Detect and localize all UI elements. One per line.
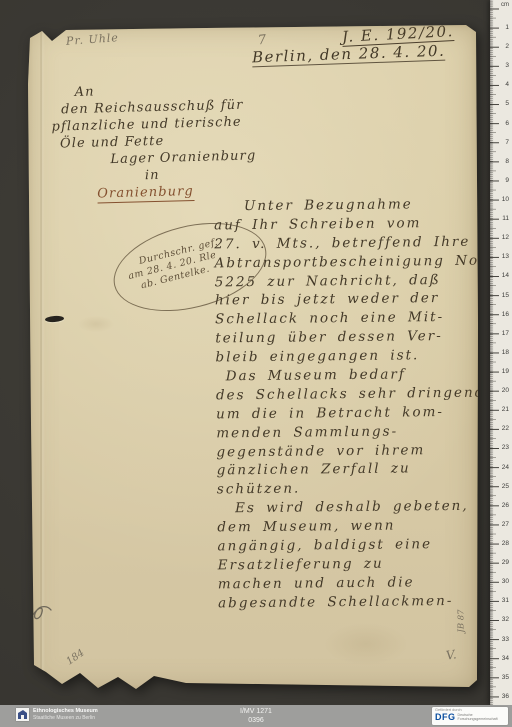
ruler-label: 5 (498, 94, 509, 113)
ruler-label: 8 (498, 152, 509, 171)
body-line: Abtransportbescheinigung No (214, 251, 486, 273)
ruler-unit-label: cm (501, 2, 509, 8)
ruler-label: 31 (498, 591, 509, 610)
pencil-scribble-icon (24, 602, 60, 632)
address-line: Lager Oranienburg (110, 147, 256, 168)
ruler-label: 19 (498, 362, 509, 381)
ruler-label: 6 (498, 114, 509, 133)
letter-body: Unter Bezugnahmeauf Ihr Schreiben vom27.… (214, 195, 490, 613)
ruler-label: 21 (498, 400, 509, 419)
address-line: in (145, 167, 160, 184)
ruler-label: 7 (498, 133, 509, 152)
ruler-label: 32 (498, 610, 509, 629)
ruler-label: 24 (498, 458, 509, 477)
ruler-label: 13 (498, 247, 509, 266)
address-line: An (74, 84, 94, 102)
dfg-name-line2: Forschungsgemeinschaft (458, 717, 498, 721)
ruler-label: 10 (498, 190, 509, 209)
ruler-label: 29 (498, 553, 509, 572)
dfg-logo: DFG Deutsche Forschungsgemeinschaft (435, 713, 505, 722)
ruler-label: 30 (498, 572, 509, 591)
dfg-abbr: DFG (435, 713, 456, 722)
ruler-label: 18 (498, 343, 509, 362)
pencil-annotation-mark: 7 (257, 33, 267, 49)
ruler-label: 22 (498, 419, 509, 438)
body-line: 27. v. Mts., betreffend Ihre (214, 232, 486, 254)
ruler-label: 20 (498, 381, 509, 400)
ruler-label: 2 (498, 37, 509, 56)
ruler-label: 35 (498, 668, 509, 687)
ruler-label: 28 (498, 534, 509, 553)
ruler-label: 4 (498, 75, 509, 94)
ruler-label: 25 (498, 477, 509, 496)
paper-sheet: Pr. Uhle 7 J. E. 192/20. Berlin, den 28.… (26, 24, 478, 692)
ruler-label: 26 (498, 496, 509, 515)
punch-hole (45, 315, 64, 322)
dfg-funding-card: Gefördert durch DFG Deutsche Forschungsg… (432, 707, 508, 725)
ruler-label: 36 (498, 687, 509, 706)
ruler-label: 23 (498, 438, 509, 457)
pencil-page-number: 184 (65, 648, 87, 668)
ruler-labels: 1234567891011121314151617181920212223242… (498, 18, 509, 706)
footer-bar: Ethnologisches Museum Staatliche Museen … (0, 705, 512, 727)
body-line: Es wird deshalb gebeten, (217, 497, 489, 519)
ruler-label: 33 (498, 630, 509, 649)
ruler-label: 11 (498, 209, 509, 228)
ruler-label: 16 (498, 305, 509, 324)
ruler-label: 17 (498, 324, 509, 343)
ruler-label: 15 (498, 286, 509, 305)
ruler-label: 34 (498, 649, 509, 668)
scan-viewer: Pr. Uhle 7 J. E. 192/20. Berlin, den 28.… (0, 0, 512, 727)
body-line: des Schellacks sehr dringend, (216, 383, 488, 405)
paper-surface: Pr. Uhle 7 J. E. 192/20. Berlin, den 28.… (26, 24, 478, 692)
pencil-annotation-owner: Pr. Uhle (66, 31, 120, 48)
dfg-full-name: Deutsche Forschungsgemeinschaft (458, 713, 498, 721)
ruler-label: 9 (498, 171, 509, 190)
body-line: abgesandte Schellackmen- (218, 591, 490, 613)
ruler: cm 1234567891011121314151617181920212223… (490, 0, 512, 705)
ruler-label: 1 (498, 18, 509, 37)
ruler-label: 12 (498, 228, 509, 247)
pencil-check-mark: V. (445, 647, 457, 662)
pencil-side-mark: JB 87 (457, 609, 467, 632)
ruler-label: 27 (498, 515, 509, 534)
address-block: Anden Reichsausschuß fürpflanzliche und … (50, 79, 257, 204)
dateline: Berlin, den 28. 4. 20. (252, 42, 446, 68)
address-line: Oranienburg (97, 183, 194, 204)
ruler-label: 14 (498, 266, 509, 285)
ruler-label: 3 (498, 56, 509, 75)
